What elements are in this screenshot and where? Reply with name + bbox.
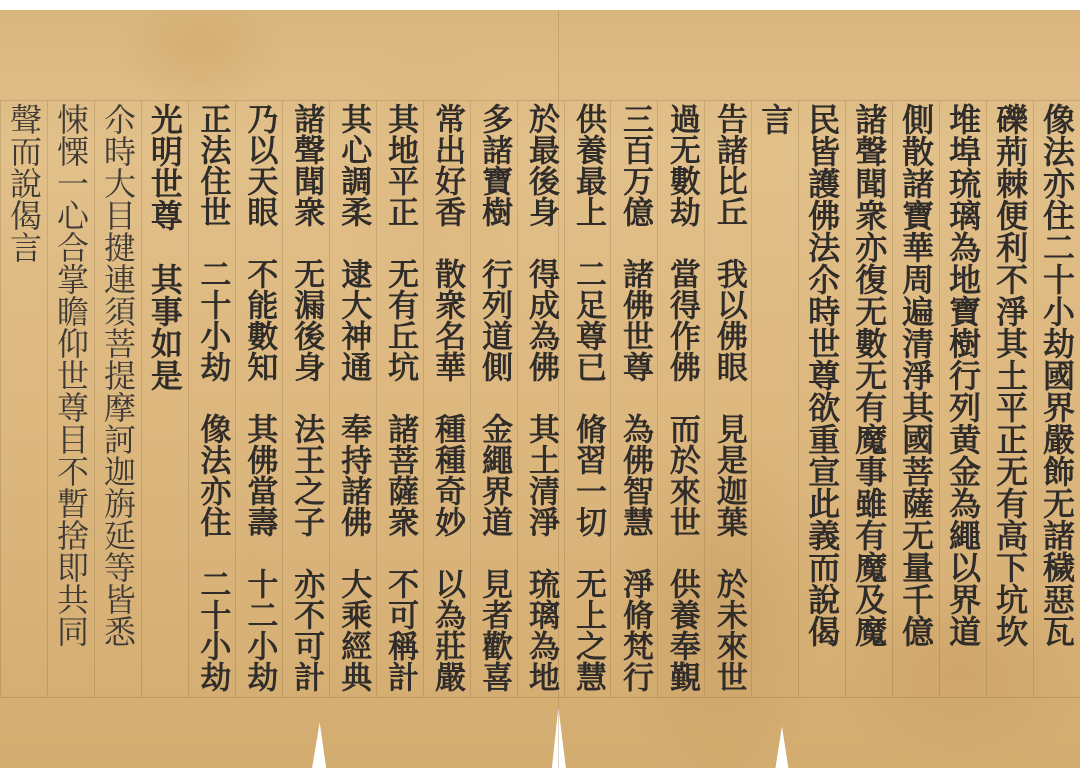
- text-column: 堆埠琉璃為地寶樹行列黄金為繩以界道: [939, 101, 986, 697]
- verse-column: 於最後身 得成為佛 其土清淨 琉璃為地: [517, 101, 564, 697]
- column-text: 像法亦住二十小劫國界嚴飾无諸穢惡瓦: [1041, 103, 1073, 697]
- text-column: 言: [751, 101, 798, 697]
- column-text: 諸聲聞衆亦復无數无有魔事雖有魔及魔: [853, 103, 885, 697]
- column-text: 三百万億 諸佛世尊 為佛智慧 淨脩梵行: [619, 103, 650, 697]
- verse-column: 供養最上 二足尊已 脩習一切 无上之慧: [564, 101, 611, 697]
- column-text: 光明世尊 其事如是: [149, 103, 181, 697]
- column-text: 尒時大目揵連須菩提摩訶迦旃延等皆悉: [102, 103, 134, 697]
- column-text: 礫荊棘便利不淨其土平正无有高下坑坎: [994, 103, 1026, 697]
- text-column: 聲而說偈言: [0, 101, 47, 697]
- column-text: 民皆護佛法尒時世尊欲重宣此義而說偈: [806, 103, 838, 697]
- column-text: 於最後身 得成為佛 其土清淨 琉璃為地: [525, 103, 556, 697]
- verse-column: 乃以天眼 不能數知 其佛當壽 十二小劫: [235, 101, 282, 697]
- column-text: 聲而說偈言: [8, 103, 40, 697]
- text-column: 側散諸寶華周遍清淨其國菩薩无量千億: [892, 101, 939, 697]
- column-text: 多諸寶樹 行列道側 金繩界道 見者歡喜: [478, 103, 509, 697]
- verse-column: 告諸比丘 我以佛眼 見是迦葉 於未來世: [704, 101, 751, 697]
- column-text: 過无數劫 當得作佛 而於來世 供養奉覲: [666, 103, 697, 697]
- column-text: 堆埠琉璃為地寶樹行列黄金為繩以界道: [947, 103, 979, 697]
- column-text: 供養最上 二足尊已 脩習一切 无上之慧: [572, 103, 603, 697]
- column-text: 正法住世 二十小劫 像法亦住 二十小劫: [196, 103, 227, 697]
- verse-column: 其地平正 无有丘坑 諸菩薩衆 不可稱計: [376, 101, 423, 697]
- text-column: 尒時大目揵連須菩提摩訶迦旃延等皆悉: [94, 101, 141, 697]
- verse-column: 其心調柔 逮大神通 奉持諸佛 大乘經典: [329, 101, 376, 697]
- column-text: 諸聲聞衆 无漏後身 法王之子 亦不可計: [290, 103, 321, 697]
- column-text: 言: [759, 103, 791, 697]
- verse-column: 三百万億 諸佛世尊 為佛智慧 淨脩梵行: [610, 101, 657, 697]
- column-text: 告諸比丘 我以佛眼 見是迦葉 於未來世: [713, 103, 744, 697]
- text-column: 悚慄一心合掌瞻仰世尊目不暫捨即共同: [47, 101, 94, 697]
- text-columns: 像法亦住二十小劫國界嚴飾无諸穢惡瓦 礫荊棘便利不淨其土平正无有高下坑坎 堆埠琉璃…: [0, 100, 1080, 698]
- text-column: 民皆護佛法尒時世尊欲重宣此義而說偈: [798, 101, 845, 697]
- text-column: 諸聲聞衆亦復无數无有魔事雖有魔及魔: [845, 101, 892, 697]
- column-text: 其心調柔 逮大神通 奉持諸佛 大乘經典: [337, 103, 368, 697]
- column-text: 乃以天眼 不能數知 其佛當壽 十二小劫: [243, 103, 274, 697]
- column-text: 悚慄一心合掌瞻仰世尊目不暫捨即共同: [55, 103, 87, 697]
- verse-column: 正法住世 二十小劫 像法亦住 二十小劫: [188, 101, 235, 697]
- column-text: 其地平正 无有丘坑 諸菩薩衆 不可稱計: [384, 103, 415, 697]
- column-text: 常出好香 散衆名華 種種奇妙 以為莊嚴: [431, 103, 462, 697]
- column-text: 側散諸寶華周遍清淨其國菩薩无量千億: [900, 103, 932, 697]
- verse-column: 諸聲聞衆 无漏後身 法王之子 亦不可計: [282, 101, 329, 697]
- text-column: 礫荊棘便利不淨其土平正无有高下坑坎: [986, 101, 1033, 697]
- verse-column: 常出好香 散衆名華 種種奇妙 以為莊嚴: [423, 101, 470, 697]
- text-column: 像法亦住二十小劫國界嚴飾无諸穢惡瓦: [1033, 101, 1080, 697]
- verse-column: 過无數劫 當得作佛 而於來世 供養奉覲: [657, 101, 704, 697]
- verse-column: 多諸寶樹 行列道側 金繩界道 見者歡喜: [470, 101, 517, 697]
- verse-column: 光明世尊 其事如是: [141, 101, 188, 697]
